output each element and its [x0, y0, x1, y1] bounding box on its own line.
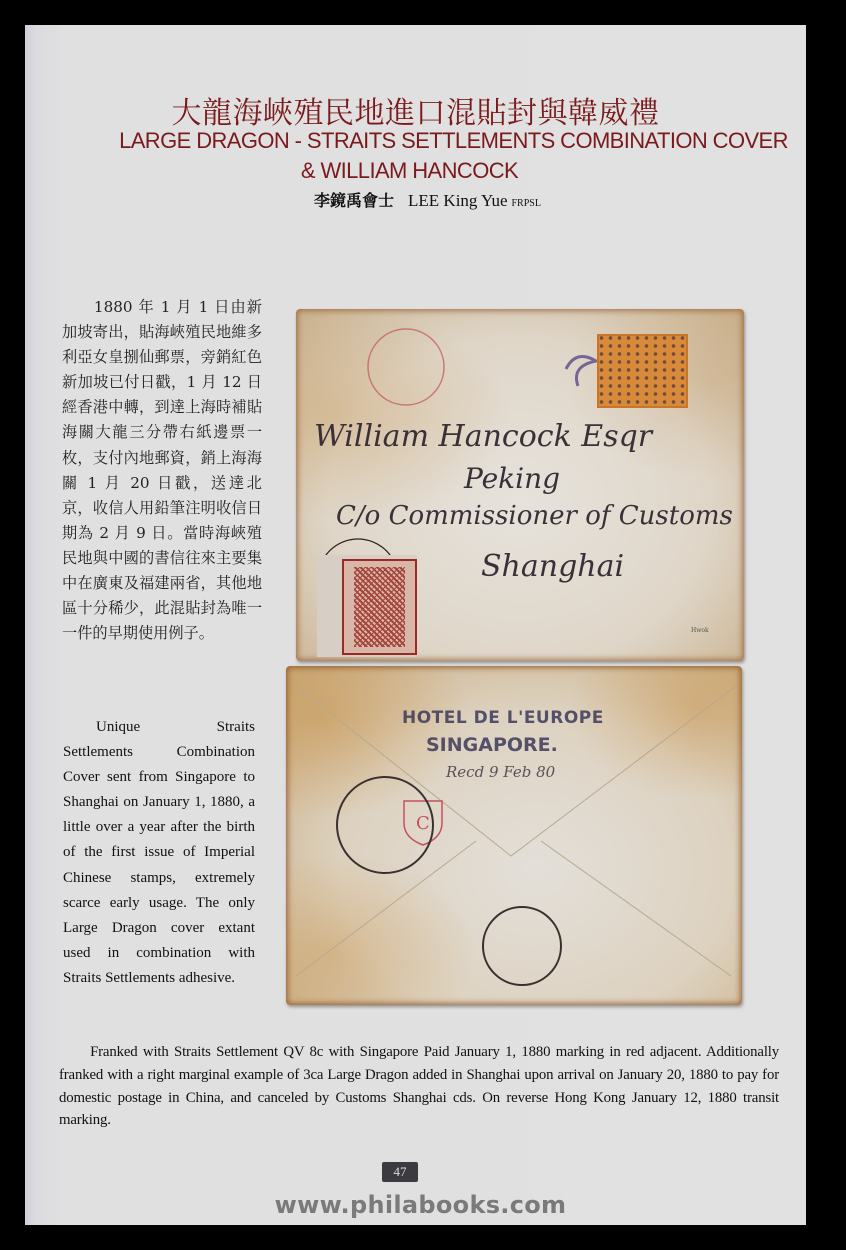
- book-page: 大龍海峽殖民地進口混貼封與韓威禮 LARGE DRAGON - STRAITS …: [25, 25, 806, 1225]
- customs-shanghai-postmark: [336, 776, 434, 874]
- title-chinese: 大龍海峽殖民地進口混貼封與韓威禮: [25, 88, 806, 132]
- front-cover-image: Hwok William Hancock Esqr Peking C/o Com…: [296, 309, 744, 661]
- author-line: 李鏡禹會士LEE King YueFRPSL: [25, 188, 806, 211]
- author-name-chinese: 李鏡禹會士: [314, 191, 394, 210]
- received-note: Recd 9 Feb 80: [446, 763, 555, 781]
- large-dragon-3ca-stamp: [317, 555, 417, 657]
- title-english-line-1: LARGE DRAGON - STRAITS SETTLEMENTS COMBI…: [63, 128, 844, 154]
- paragraph-chinese: 1880 年 1 月 1 日由新加坡寄出，貼海峽殖民地維多利亞女皇捌仙郵票，旁銷…: [62, 295, 262, 646]
- hotel-cachet-line-2: SINGAPORE.: [426, 734, 558, 756]
- author-suffix: FRPSL: [512, 198, 541, 209]
- svg-text:Hwok: Hwok: [691, 627, 709, 634]
- page-number: 47: [382, 1162, 418, 1182]
- hong-kong-postmark: [482, 906, 562, 986]
- straits-qv-8c-stamp: [597, 334, 688, 408]
- title-english-line-2: & WILLIAM HANCOCK: [19, 158, 800, 184]
- figure-caption: Franked with Straits Settlement QV 8c wi…: [59, 1041, 779, 1132]
- address-line-3: C/o Commissioner of Customs: [336, 501, 733, 531]
- address-line-2: Peking: [464, 462, 560, 495]
- address-line-4: Shanghai: [481, 549, 624, 584]
- hotel-cachet-line-1: HOTEL DE L'EUROPE: [402, 708, 604, 728]
- author-name-english: LEE King Yue: [408, 191, 507, 210]
- watermark-url: www.philabooks.com: [25, 1191, 806, 1219]
- back-cover-image: C HOTEL DE L'EUROPE SINGAPORE. Recd 9 Fe…: [286, 666, 742, 1005]
- paragraph-english: Unique Straits Settlements Combination C…: [63, 715, 255, 991]
- address-line-1: William Hancock Esqr: [314, 419, 652, 454]
